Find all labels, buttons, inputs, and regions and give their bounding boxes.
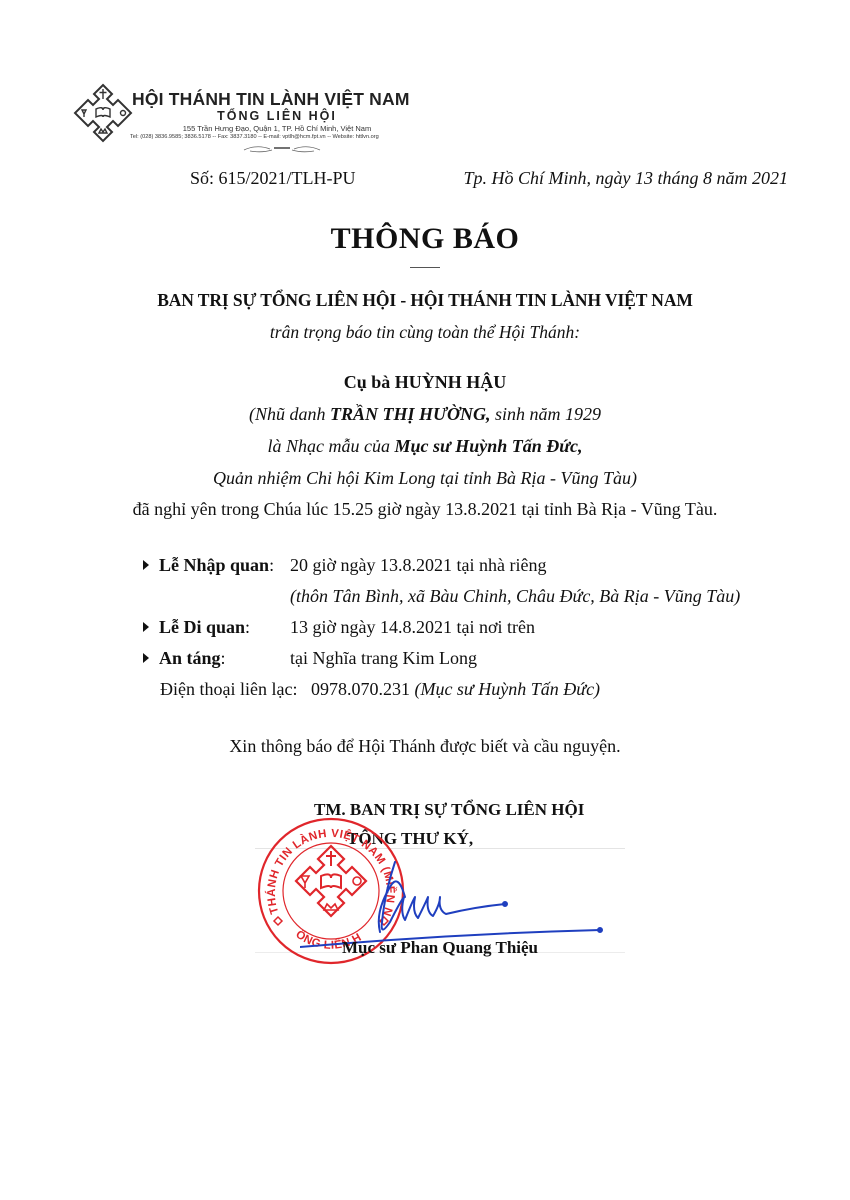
bullet-icon (143, 560, 149, 570)
signer-name: Mục sư Phan Quang Thiệu (342, 938, 538, 958)
place-date: Tp. Hồ Chí Minh, ngày 13 tháng 8 năm 202… (463, 168, 788, 189)
maiden-name: TRẦN THỊ HƯỜNG, (330, 404, 490, 424)
position-line: Quản nhiệm Chi hội Kim Long tại tỉnh Bà … (0, 468, 850, 489)
organization-name: HỘI THÁNH TIN LÀNH VIỆT NAM (132, 89, 410, 110)
intro-line: trân trọng báo tin cùng toàn thể Hội Thá… (0, 322, 850, 343)
title-divider (410, 267, 440, 268)
schedule-value: tại Nghĩa trang Kim Long (290, 648, 477, 669)
contact-phone: 0978.070.231 (311, 679, 410, 699)
schedule-value: 13 giờ ngày 14.8.2021 tại nơi trên (290, 617, 535, 638)
document-title: THÔNG BÁO (0, 222, 850, 256)
deceased-name: HUỲNH HẬU (395, 372, 507, 392)
organization-address: 155 Trần Hưng Đạo, Quận 1, TP. Hồ Chí Mi… (132, 124, 422, 133)
ornamental-flourish-icon (242, 144, 322, 154)
sub-organization: TỔNG LIÊN HỘI (132, 109, 422, 123)
birth-year: sinh năm 1929 (490, 404, 601, 424)
schedule-label: Lễ Nhập quan: (159, 555, 274, 576)
passing-line: đã nghỉ yên trong Chúa lúc 15.25 giờ ngà… (0, 499, 850, 520)
relation-line: là Nhạc mẫu của Mục sư Huỳnh Tấn Đức, (0, 436, 850, 457)
contact-label: Điện thoại liên lạc: (160, 679, 297, 699)
document-number: Số: 615/2021/TLH-PU (190, 168, 356, 189)
bullet-icon (143, 622, 149, 632)
schedule-value: 20 giờ ngày 13.8.2021 tại nhà riêng (290, 555, 546, 576)
handwritten-signature (300, 852, 640, 952)
schedule-detail-text: (thôn Tân Bình, xã Bàu Chinh, Châu Đức, … (290, 586, 740, 607)
church-cross-emblem-icon (72, 82, 134, 144)
relation-prefix: là Nhạc mẫu của (267, 436, 394, 456)
maiden-prefix: (Nhũ danh (249, 404, 330, 424)
bullet-icon (143, 653, 149, 663)
deceased-name-line: Cụ bà HUỲNH HẬU (0, 372, 850, 393)
schedule-label: An táng: (159, 648, 226, 669)
organization-contact: Tel: (028) 3836.9585; 3836.5178 -- Fax: … (130, 134, 379, 140)
title-prefix: Cụ bà (344, 372, 395, 392)
relation-person: Mục sư Huỳnh Tấn Đức, (394, 436, 582, 456)
schedule-label: Lễ Di quan: (159, 617, 250, 638)
closing-line: Xin thông báo để Hội Thánh được biết và … (0, 736, 850, 757)
contact-person: (Mục sư Huỳnh Tấn Đức) (414, 679, 600, 699)
issuer: BAN TRỊ SỰ TỔNG LIÊN HỘI - HỘI THÁNH TIN… (0, 290, 850, 311)
maiden-name-line: (Nhũ danh TRẦN THỊ HƯỜNG, sinh năm 1929 (0, 404, 850, 425)
letterhead: HỘI THÁNH TIN LÀNH VIỆT NAM TỔNG LIÊN HỘ… (72, 82, 432, 154)
